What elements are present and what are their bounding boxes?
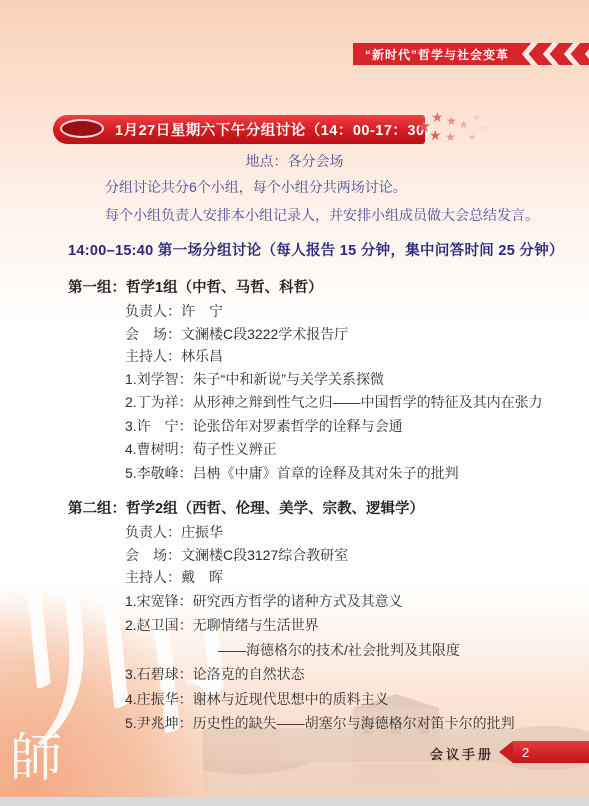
group-host-line: 主持人：林乐昌	[0, 345, 589, 368]
leader-label: 负责人：	[125, 303, 181, 319]
talk-item: 2.丁为祥：从形神之辩到性气之归——中国哲学的特征及其内在张力	[0, 391, 589, 415]
chevron-left-icon	[583, 43, 589, 65]
group-host-line: 主持人：戴 晖	[0, 566, 589, 589]
group-1-section: 第一组：哲学1组（中哲、马哲、科哲） 负责人：许 宁 会 场：文澜楼C段3222…	[0, 277, 589, 485]
conference-handbook-page: 师 師 “新时代”哲学与社会变革 1月27日星期六下午分组讨论（14：00-17…	[0, 0, 589, 806]
group-venue-line: 会 场：文澜楼C段3222学术报告厅	[0, 323, 589, 346]
session-title-bar: 1月27日星期六下午分组讨论（14：00-17：30）	[53, 115, 425, 144]
chevron-left-icon	[562, 43, 580, 65]
talk-item: 3.石碧球：论洛克的自然状态	[0, 662, 589, 687]
venue-label: 会 场：	[125, 547, 181, 563]
session-title: 1月27日星期六下午分组讨论（14：00-17：30）	[115, 119, 440, 140]
group-heading: 第一组：哲学1组（中哲、马哲、科哲）	[0, 277, 589, 300]
footer-handbook-label: 会议手册	[430, 744, 494, 763]
talk-item: 3.许 宁：论张岱年对罗素哲学的诠释与会通	[0, 415, 589, 439]
conference-title: “新时代”哲学与社会变革	[353, 46, 509, 63]
talk-item: 4.曹树明：荀子性义辨正	[0, 438, 589, 462]
talk-item: 5.李敬峰：吕柟《中庸》首章的诠释及其对朱子的批判	[0, 462, 589, 486]
star-icon: ★	[459, 121, 468, 131]
page-number: 2	[513, 745, 529, 760]
first-session-heading: 14:00–15:40 第一场分组讨论（每人报告 15 分钟，集中问答时间 25…	[0, 238, 589, 264]
leader-name: 许 宁	[181, 303, 223, 319]
star-icon: ★	[429, 128, 442, 142]
location-line: 地点：各分会场	[0, 148, 589, 174]
talk-item: 4.庄振华：谢林与近现代思想中的质料主义	[0, 687, 589, 712]
venue-name: 文澜楼C段3222学术报告厅	[181, 326, 348, 342]
talk-item: 1.刘学智：朱子“中和新说”与关学关系探微	[0, 368, 589, 392]
star-icon: ★	[473, 114, 480, 122]
chevron-left-icon	[541, 43, 559, 65]
host-name: 戴 晖	[181, 569, 223, 585]
group-leader-line: 负责人：许 宁	[0, 300, 589, 323]
star-icon: ★	[468, 133, 476, 142]
chevron-left-icon	[520, 43, 538, 65]
group-leader-line: 负责人：庄振华	[0, 521, 589, 544]
footer-page-bar: 2	[513, 741, 589, 763]
venue-name: 文澜楼C段3127综合教研室	[181, 547, 348, 563]
program-content: 地点：各分会场 分组讨论共分6个小组，每个小组分共两场讨论。 每个小组负责人安排…	[0, 148, 589, 736]
host-label: 主持人：	[125, 569, 181, 585]
group-2-section: 第二组：哲学2组（西哲、伦理、美学、宗教、逻辑学） 负责人：庄振华 会 场：文澜…	[0, 498, 589, 736]
talk-item: 5.尹兆坤：历史性的缺失——胡塞尔与海德格尔对笛卡尔的批判	[0, 711, 589, 736]
intro-line: 分组讨论共分6个小组，每个小组分共两场讨论。	[0, 174, 589, 202]
star-icon: ★	[482, 125, 488, 132]
chevron-left-icons	[517, 43, 589, 65]
footer-arrow-icon	[499, 741, 513, 763]
leader-name: 庄振华	[181, 524, 223, 540]
oval-bullet-icon	[60, 119, 104, 138]
leader-label: 负责人：	[125, 524, 181, 540]
host-name: 林乐昌	[181, 348, 223, 364]
star-icon: ★	[445, 131, 456, 143]
star-icon: ★	[431, 110, 444, 124]
header-banner: “新时代”哲学与社会变革	[353, 43, 589, 65]
page-bottom-edge	[0, 797, 589, 806]
intro-line: 每个小组负责人安排本小组记录人，并安排小组成员做大会总结发言。	[0, 202, 589, 230]
host-label: 主持人：	[125, 348, 181, 364]
group-venue-line: 会 场：文澜楼C段3127综合教研室	[0, 544, 589, 567]
talk-item: 1.宋宽锋：研究西方哲学的诸种方式及其意义	[0, 589, 589, 614]
talk-item-continuation: ——海德格尔的技术/社会批判及其限度	[0, 638, 589, 663]
talk-item: 2.赵卫国：无聊情绪与生活世界	[0, 613, 589, 638]
star-icon: ★	[446, 115, 457, 127]
venue-label: 会 场：	[125, 326, 181, 342]
group-heading: 第二组：哲学2组（西哲、伦理、美学、宗教、逻辑学）	[0, 498, 589, 521]
